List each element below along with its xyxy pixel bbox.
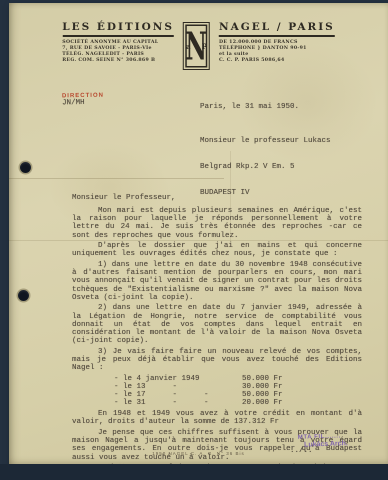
- paragraph: En 1948 et 1949 vous avez à votre crédit…: [72, 410, 362, 426]
- paragraph: 1) dans une lettre en date du 30 novembr…: [72, 261, 362, 302]
- paragraph: 3) Je vais faire faire un nouveau relevé…: [72, 348, 362, 372]
- ledger-amount: 50.000 Fr: [242, 375, 283, 383]
- ledger-row: - le 31 - - 20.000 Fr: [114, 399, 362, 407]
- ledger-row: - le 17 - - 50.000 Fr: [114, 391, 362, 399]
- ledger-row: - le 13 - 30.000 Fr: [114, 383, 362, 391]
- letter-paper: LES ÉDITIONS SOCIÉTÉ ANONYME AU CAPITAL …: [9, 3, 388, 464]
- letterhead-right-block: NAGEL / PARIS DE 12.000.000 DE FRANCS TÉ…: [219, 21, 335, 64]
- recipient-line: Belgrad Rkp.2 V Em. 5: [200, 163, 331, 172]
- ledger-row: - le 4 janvier 1949 50.000 Fr: [114, 375, 362, 383]
- archive-stamp: MTA FIL....... Lukács Arch.: [298, 433, 348, 450]
- ledger-amount: 50.000 Fr: [242, 391, 283, 399]
- paragraph: 4) Vous vous plaignez de ne pas recevoir…: [72, 464, 362, 472]
- ledger-amount: 30.000 Fr: [242, 383, 283, 391]
- publisher-name-left: LES ÉDITIONS: [62, 21, 174, 37]
- letter-body: Monsieur le Professeur, Mon mari est dep…: [72, 194, 362, 475]
- publisher-name-right: NAGEL / PARIS: [219, 21, 335, 37]
- punch-hole: [18, 290, 29, 301]
- recipient-line: Monsieur le professeur Lukacs: [200, 137, 331, 146]
- ledger-date: - le 31 - -: [114, 399, 242, 407]
- letterhead: LES ÉDITIONS SOCIÉTÉ ANONYME AU CAPITAL …: [62, 21, 334, 70]
- nagel-monogram-icon: a N P: [183, 22, 210, 70]
- paragraph: D'après le dossier que j'ai en mains et …: [72, 242, 362, 258]
- ledger-date: - le 4 janvier 1949: [114, 375, 242, 383]
- salutation: Monsieur le Professeur,: [72, 194, 362, 202]
- paragraph: 2) dans une lettre en date du 7 janvier …: [72, 304, 362, 345]
- ledger-date: - le 17 - -: [114, 391, 242, 399]
- payments-ledger: - le 4 janvier 1949 50.000 Fr - le 13 - …: [114, 375, 362, 408]
- punch-hole: [20, 162, 31, 173]
- reference-initials: JN/MH: [62, 99, 104, 108]
- ledger-date: - le 13 -: [114, 383, 242, 391]
- fold-line: [9, 178, 224, 179]
- dateline: Paris, le 31 mai 1950.: [200, 103, 299, 111]
- paragraph: Mon mari est depuis plusieurs semaines e…: [72, 207, 362, 240]
- letterhead-detail: C. C. P. PARIS 5086,64: [219, 58, 335, 64]
- ledger-amount: 20.000 Fr: [242, 399, 283, 407]
- printer-imprint: 1950 NAGEL C. A. G. N° 36 Bis: [152, 451, 244, 456]
- archive-stamp-line2: Lukács Arch.: [304, 440, 348, 450]
- direction-stamp: DIRECTION JN/MH: [62, 93, 104, 108]
- scanned-letter-page: LES ÉDITIONS SOCIÉTÉ ANONYME AU CAPITAL …: [0, 0, 388, 480]
- monogram-right-letter: P: [202, 42, 207, 51]
- letterhead-left-block: LES ÉDITIONS SOCIÉTÉ ANONYME AU CAPITAL …: [62, 21, 174, 64]
- letterhead-detail: REG. COM. SEINE N° 306.869 B: [62, 58, 174, 64]
